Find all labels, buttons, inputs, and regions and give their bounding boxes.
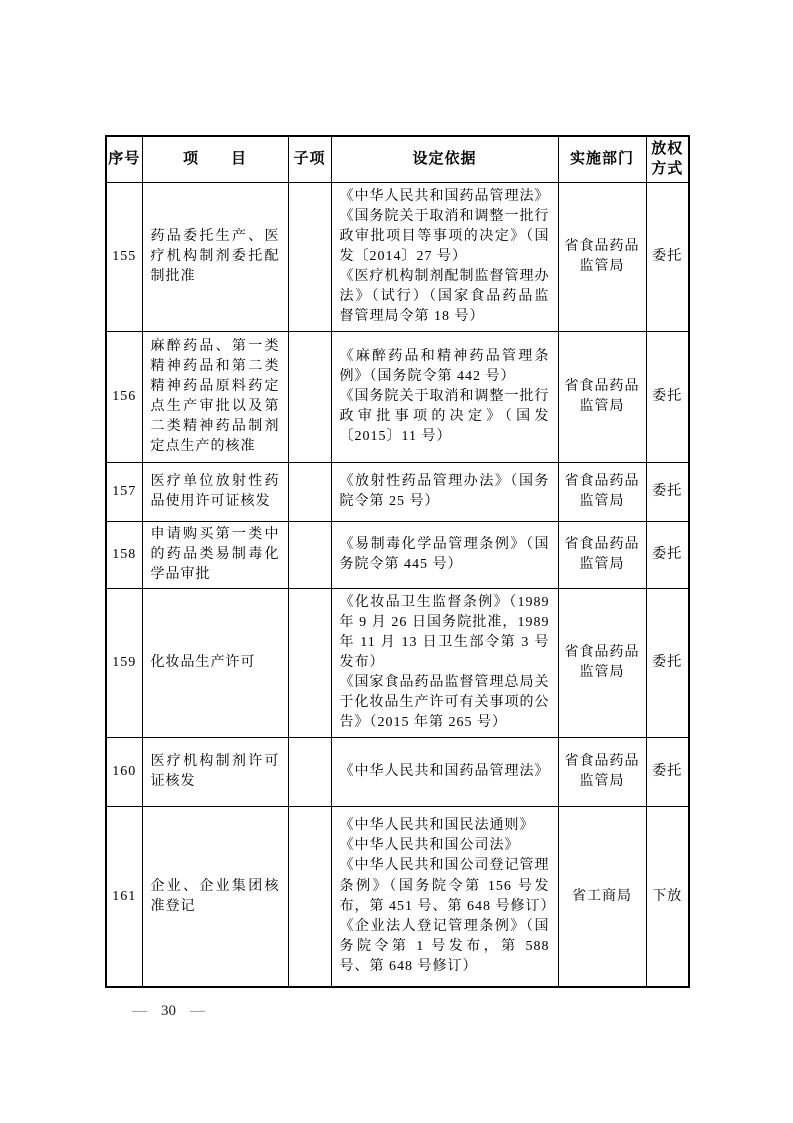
method-cell: 委托 bbox=[646, 521, 689, 588]
subitem-cell bbox=[288, 737, 331, 806]
subitem-cell bbox=[288, 588, 331, 737]
col-header-basis: 设定依据 bbox=[331, 136, 558, 182]
department-cell: 省食品药品监管局 bbox=[558, 737, 646, 806]
subitem-cell bbox=[288, 521, 331, 588]
basis-citation: 《中华人民共和国公司登记管理条例》（国务院令第 156 号发布，第 451 号、… bbox=[340, 856, 550, 916]
project-name: 医疗单位放射性药品使用许可证核发 bbox=[142, 462, 288, 521]
department-cell: 省工商局 bbox=[558, 806, 646, 987]
table-row-159: 159 化妆品生产许可 《化妆品卫生监督条例》（1989 年 9 月 26 日国… bbox=[106, 588, 689, 737]
row-number: 155 bbox=[106, 182, 142, 331]
basis-citation: 《中华人民共和国民法通则》 bbox=[340, 816, 550, 836]
basis-cell: 《放射性药品管理办法》（国务院令第 25 号） bbox=[331, 462, 558, 521]
subitem-cell bbox=[288, 806, 331, 987]
project-name: 药品委托生产、医疗机构制剂委托配制批准 bbox=[142, 182, 288, 331]
project-name: 企业、企业集团核准登记 bbox=[142, 806, 288, 987]
page-number: 30 bbox=[161, 1003, 176, 1020]
col-header-dept: 实施部门 bbox=[558, 136, 646, 182]
basis-citation: 《中华人民共和国药品管理法》 bbox=[340, 187, 550, 207]
department-cell: 省食品药品监管局 bbox=[558, 462, 646, 521]
row-number: 157 bbox=[106, 462, 142, 521]
basis-citation: 《医疗机构制剂配制监督管理办法》（试行）（国家食品药品监督管理局令第 18 号） bbox=[340, 267, 550, 327]
basis-cell: 《中华人民共和国民法通则》 《中华人民共和国公司法》 《中华人民共和国公司登记管… bbox=[331, 806, 558, 987]
footer-dash-right: — bbox=[190, 1003, 205, 1020]
project-name: 化妆品生产许可 bbox=[142, 588, 288, 737]
department-cell: 省食品药品监管局 bbox=[558, 182, 646, 331]
project-name: 申请购买第一类中的药品类易制毒化学品审批 bbox=[142, 521, 288, 588]
basis-citation: 《国务院关于取消和调整一批行政审批项目等事项的决定》（国发〔2014〕27 号） bbox=[340, 207, 550, 267]
basis-citation: 《国家食品药品监督管理总局关于化妆品生产许可有关事项的公告》（2015 年第 2… bbox=[340, 673, 550, 733]
table-header-row: 序号 项 目 子项 设定依据 实施部门 放权方式 bbox=[106, 136, 689, 182]
row-number: 159 bbox=[106, 588, 142, 737]
basis-citation: 《国务院关于取消和调整一批行政审批事项的决定》（国发〔2015〕11 号） bbox=[340, 387, 550, 447]
method-cell: 下放 bbox=[646, 806, 689, 987]
delegation-items-table: 序号 项 目 子项 设定依据 实施部门 放权方式 155 药品委托生产、医疗机构… bbox=[105, 135, 690, 988]
col-header-item: 项 目 bbox=[142, 136, 288, 182]
col-header-subitem: 子项 bbox=[288, 136, 331, 182]
basis-cell: 《中华人民共和国药品管理法》 bbox=[331, 737, 558, 806]
row-number: 156 bbox=[106, 331, 142, 462]
project-name: 麻醉药品、第一类精神药品和第二类精神药品原料药定点生产审批以及第二类精神药品制剂… bbox=[142, 331, 288, 462]
department-cell: 省食品药品监管局 bbox=[558, 521, 646, 588]
row-number: 158 bbox=[106, 521, 142, 588]
table-row-161: 161 企业、企业集团核准登记 《中华人民共和国民法通则》 《中华人民共和国公司… bbox=[106, 806, 689, 987]
method-cell: 委托 bbox=[646, 182, 689, 331]
department-cell: 省食品药品监管局 bbox=[558, 331, 646, 462]
basis-cell: 《化妆品卫生监督条例》（1989 年 9 月 26 日国务院批准，1989 年 … bbox=[331, 588, 558, 737]
subitem-cell bbox=[288, 462, 331, 521]
basis-citation: 《中华人民共和国公司法》 bbox=[340, 836, 550, 856]
method-cell: 委托 bbox=[646, 331, 689, 462]
page-footer: — 30 — bbox=[132, 1003, 205, 1020]
basis-cell: 《中华人民共和国药品管理法》 《国务院关于取消和调整一批行政审批项目等事项的决定… bbox=[331, 182, 558, 331]
table-row-156: 156 麻醉药品、第一类精神药品和第二类精神药品原料药定点生产审批以及第二类精神… bbox=[106, 331, 689, 462]
department-cell: 省食品药品监管局 bbox=[558, 588, 646, 737]
basis-citation: 《放射性药品管理办法》（国务院令第 25 号） bbox=[340, 472, 550, 512]
col-header-no: 序号 bbox=[106, 136, 142, 182]
subitem-cell bbox=[288, 182, 331, 331]
row-number: 161 bbox=[106, 806, 142, 987]
project-name: 医疗机构制剂许可证核发 bbox=[142, 737, 288, 806]
subitem-cell bbox=[288, 331, 331, 462]
basis-cell: 《易制毒化学品管理条例》（国务院令第 445 号） bbox=[331, 521, 558, 588]
method-cell: 委托 bbox=[646, 462, 689, 521]
table-row-155: 155 药品委托生产、医疗机构制剂委托配制批准 《中华人民共和国药品管理法》 《… bbox=[106, 182, 689, 331]
basis-cell: 《麻醉药品和精神药品管理条例》（国务院令第 442 号） 《国务院关于取消和调整… bbox=[331, 331, 558, 462]
basis-citation: 《中华人民共和国药品管理法》 bbox=[340, 762, 550, 782]
method-cell: 委托 bbox=[646, 588, 689, 737]
table-row-158: 158 申请购买第一类中的药品类易制毒化学品审批 《易制毒化学品管理条例》（国务… bbox=[106, 521, 689, 588]
basis-citation: 《企业法人登记管理条例》（国务院令第 1 号发布，第 588 号、第 648 号… bbox=[340, 917, 550, 977]
method-cell: 委托 bbox=[646, 737, 689, 806]
row-number: 160 bbox=[106, 737, 142, 806]
basis-citation: 《化妆品卫生监督条例》（1989 年 9 月 26 日国务院批准，1989 年 … bbox=[340, 593, 550, 673]
basis-citation: 《易制毒化学品管理条例》（国务院令第 445 号） bbox=[340, 535, 550, 575]
table-row-160: 160 医疗机构制剂许可证核发 《中华人民共和国药品管理法》 省食品药品监管局 … bbox=[106, 737, 689, 806]
basis-citation: 《麻醉药品和精神药品管理条例》（国务院令第 442 号） bbox=[340, 347, 550, 387]
col-header-method: 放权方式 bbox=[646, 136, 689, 182]
table-row-157: 157 医疗单位放射性药品使用许可证核发 《放射性药品管理办法》（国务院令第 2… bbox=[106, 462, 689, 521]
footer-dash-left: — bbox=[132, 1003, 147, 1020]
